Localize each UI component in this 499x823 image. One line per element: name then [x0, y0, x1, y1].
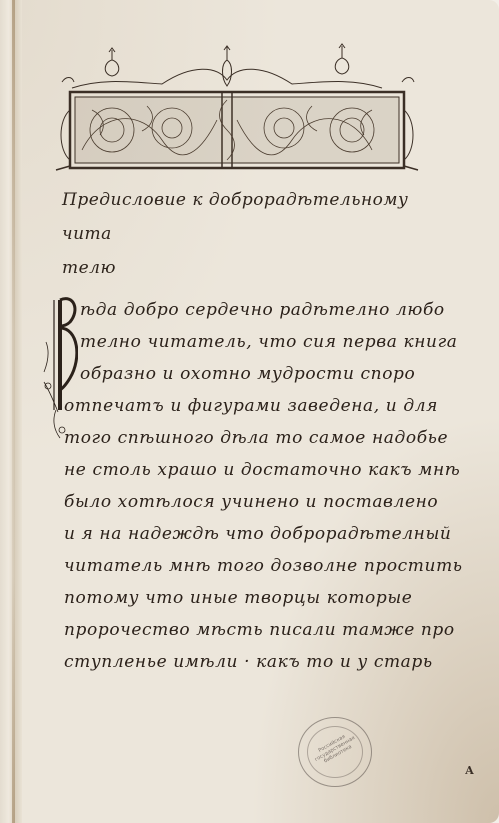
folio-mark: А [465, 764, 474, 777]
text-line: отпечатъ и фигурами заведена, и для [64, 390, 424, 422]
manuscript-body: ѣда добро сердечно радѣтелно любо телно … [64, 294, 424, 678]
library-stamp: Российская государственная библиотека [298, 717, 372, 787]
page-spine-edge [0, 0, 22, 823]
preface-heading: Предисловие к доброрадѣтельному чита тел… [62, 183, 432, 285]
heading-line-2: телю [62, 251, 432, 285]
text-line: образно и охотно мудрости споро [64, 358, 424, 390]
text-line: не столь храшо и достаточно какъ мнѣ [64, 454, 424, 486]
text-line: и я на надеждѣ что доброрадѣтелный [64, 518, 424, 550]
floral-headpiece-icon [52, 40, 422, 180]
ornamental-headpiece [52, 40, 422, 180]
binding-shadow [12, 0, 15, 823]
manuscript-page: Предисловие к доброрадѣтельному чита тел… [0, 0, 499, 823]
text-line: было хотѣлося учинено и поставлено [64, 486, 424, 518]
heading-line-1: Предисловие к доброрадѣтельному чита [62, 183, 432, 251]
text-line: читатель мнѣ того дозволне простить [64, 550, 424, 582]
text-line: потому что иные творцы которые [64, 582, 424, 614]
text-line: того спѣшного дѣла то самое надобье [64, 422, 424, 454]
text-line: ступленье имѣли · какъ то и у старь [64, 646, 424, 678]
text-line: пророчество мѣсть писали тамже про [64, 614, 424, 646]
text-line: телно читатель, что сия перва книга [64, 326, 424, 358]
text-line: ѣда добро сердечно радѣтелно любо [64, 294, 424, 326]
